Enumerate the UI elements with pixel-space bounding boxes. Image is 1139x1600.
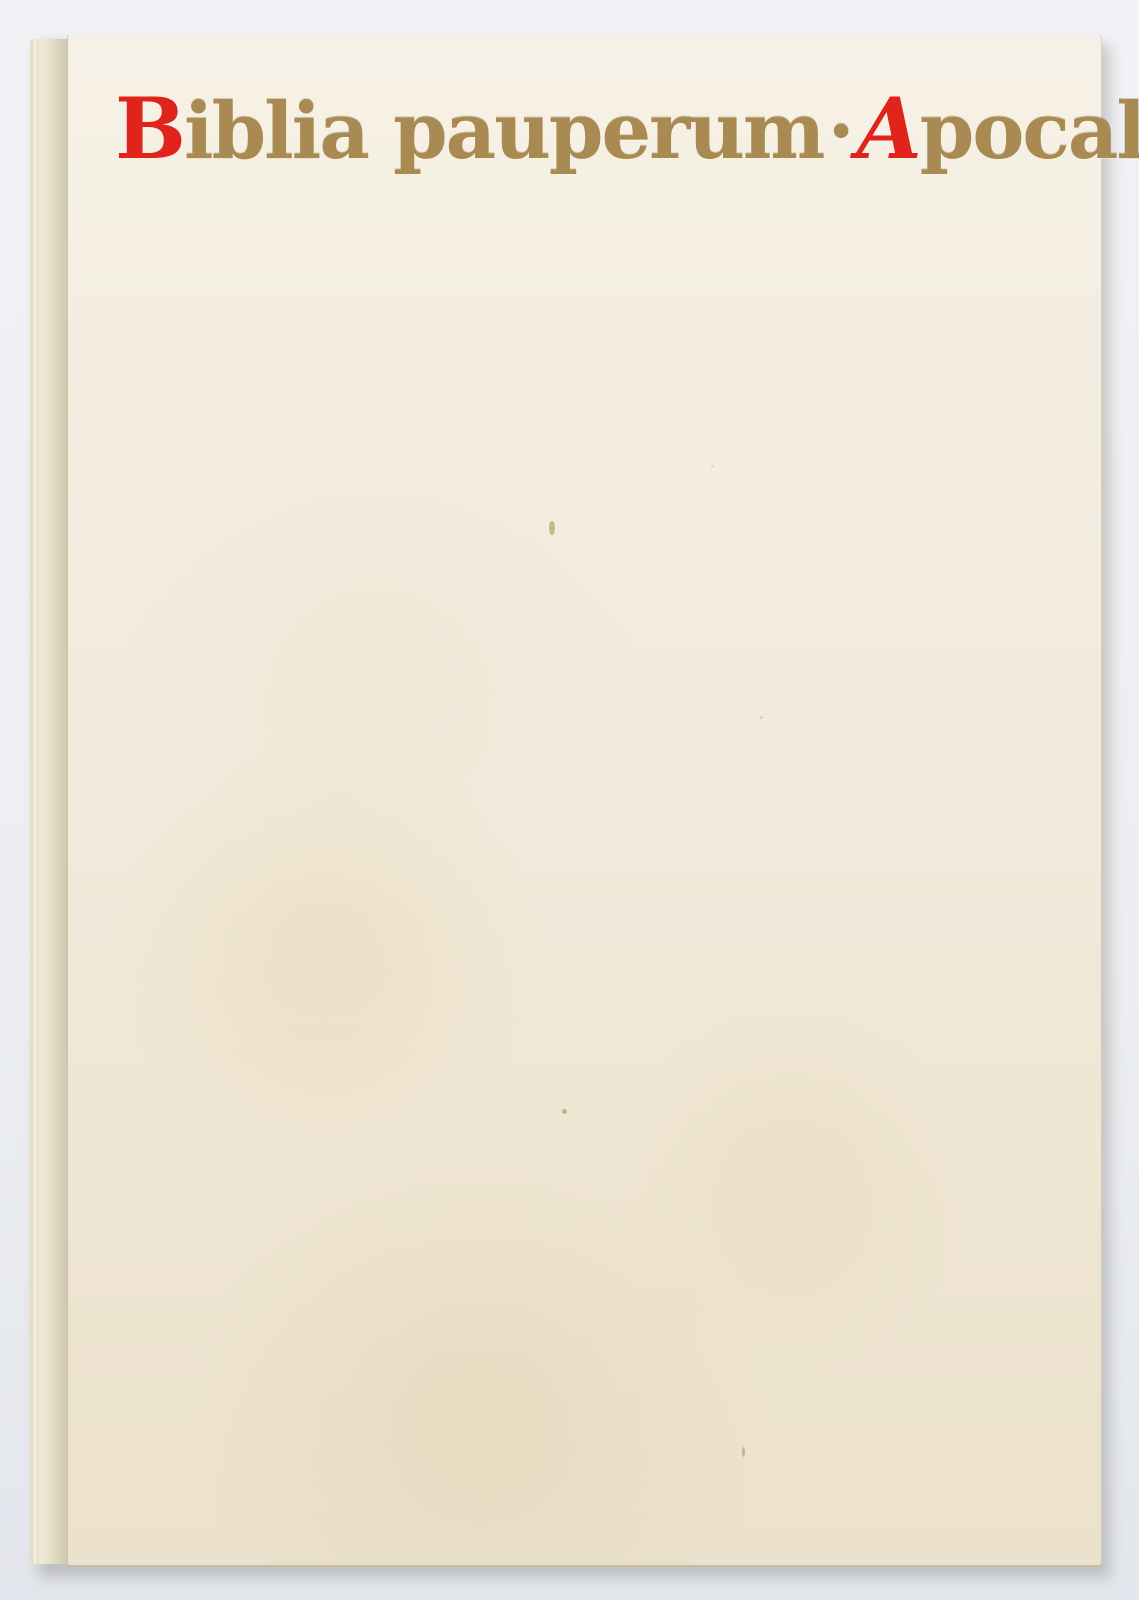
- title-initial-a: A: [857, 79, 920, 178]
- foxing-spot: [562, 1109, 567, 1114]
- title-separator: ·: [827, 86, 852, 177]
- title-word-apocalypsis: pocalypsis: [920, 86, 1139, 177]
- title-word-pauperum: pauperum: [393, 86, 823, 177]
- title-initial-b: B: [115, 79, 184, 178]
- book: Biblia pauperum·Apocalypsis: [30, 35, 1102, 1567]
- book-spine: [30, 39, 68, 1564]
- foxing-spot: [711, 465, 714, 468]
- foxing-spot: [760, 716, 763, 719]
- foxing-spot: [549, 521, 555, 535]
- cover-title: Biblia pauperum·Apocalypsis: [115, 87, 1105, 171]
- title-word-biblia: iblia: [184, 86, 368, 177]
- front-cover: Biblia pauperum·Apocalypsis: [67, 35, 1102, 1567]
- foxing-spot: [742, 1447, 745, 1457]
